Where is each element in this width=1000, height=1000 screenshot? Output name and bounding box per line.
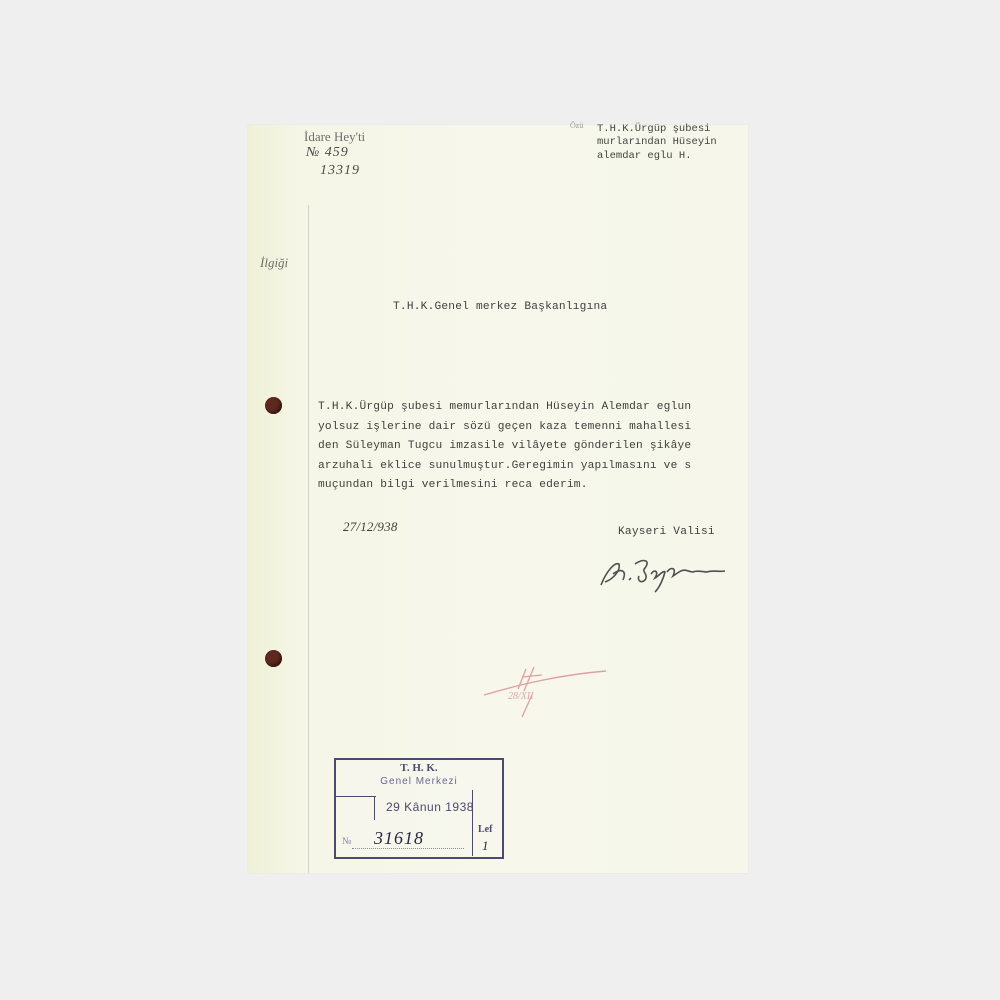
subject-line: murlarından Hüseyin xyxy=(597,136,717,149)
number-prefix: № xyxy=(306,145,320,160)
stamp-subtitle: Genel Merkezi xyxy=(336,776,502,787)
stamp-date: 29 Kânun 1938 xyxy=(386,800,474,814)
reference-number: № 459 xyxy=(306,145,349,161)
margin-line xyxy=(308,205,309,873)
body-line: den Süleyman Tugcu imzasile vilâyete gön… xyxy=(318,437,691,457)
stamp-lef-value: 1 xyxy=(482,838,489,854)
stamp-number-label: № xyxy=(342,836,352,847)
red-annotation-text: 28/XII xyxy=(508,691,534,702)
signature xyxy=(593,550,733,595)
stamp-number-value: 31618 xyxy=(374,828,424,849)
stamp-lef-label: Lef xyxy=(478,824,492,835)
letter-body: T.H.K.Ürgüp şubesi memurlarından Hüseyin… xyxy=(318,398,691,496)
subject-label: Özü xyxy=(570,121,583,130)
number-value: 459 xyxy=(325,145,349,160)
stamp-divider xyxy=(336,796,376,797)
punch-hole-bottom xyxy=(265,650,282,667)
subject-line: T.H.K.Ürgüp şubesi xyxy=(597,123,717,136)
body-line: T.H.K.Ürgüp şubesi memurlarından Hüseyin… xyxy=(318,398,691,418)
red-annotation-mark: 28/XII xyxy=(478,655,618,735)
stamp-divider xyxy=(374,796,375,820)
document-page: İdare Hey'ti № 459 13319 Özü T.H.K.Ürgüp… xyxy=(248,125,748,873)
handwritten-ref: 13319 xyxy=(320,163,360,179)
registration-stamp: T. H. K. Genel Merkezi 29 Kânun 1938 № 3… xyxy=(334,758,504,859)
letter-date: 27/12/938 xyxy=(343,517,398,537)
office-label: İdare Hey'ti xyxy=(304,129,365,145)
stamp-title: T. H. K. xyxy=(336,762,502,774)
subject-block: T.H.K.Ürgüp şubesi murlarından Hüseyin a… xyxy=(597,123,717,163)
body-line: yolsuz işlerine dair sözü geçen kaza tem… xyxy=(318,418,691,438)
signatory-title: Kayseri Valisi xyxy=(618,523,715,543)
subject-line: alemdar eglu H. xyxy=(597,150,717,163)
stamp-divider xyxy=(472,790,473,856)
body-line: muçundan bilgi verilmesini reca ederim. xyxy=(318,476,691,496)
margin-label: İlgiği xyxy=(260,255,288,271)
addressee: T.H.K.Genel merkez Başkanlıgına xyxy=(393,298,607,318)
punch-hole-top xyxy=(265,397,282,414)
body-line: arzuhali eklice sunulmuştur.Geregimin ya… xyxy=(318,457,691,477)
